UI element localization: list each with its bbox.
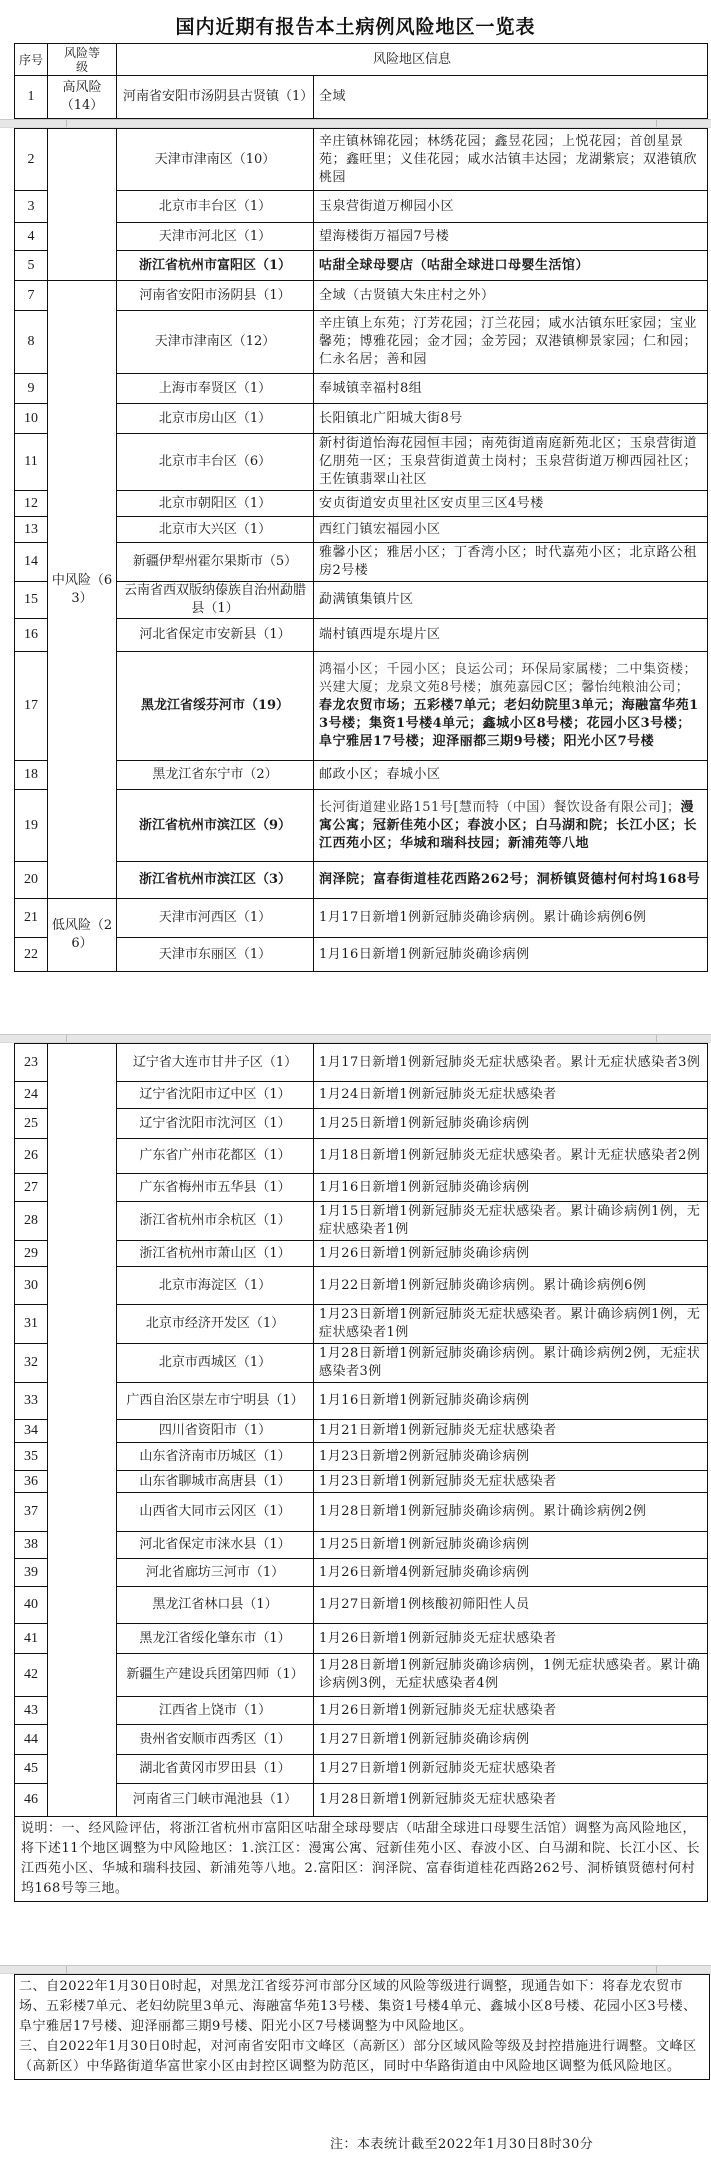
row-seq: 3 — [15, 191, 48, 223]
table-row: 1 高风险（14） 河南省安阳市汤阴县古贤镇（1） 全域 — [15, 76, 708, 119]
row-area: 广东省梅州市五华县（1） — [117, 1174, 314, 1202]
table-row: 36山东省聊城市高唐县（1）1月23日新增1例新冠肺炎无症状感染者 — [15, 1471, 708, 1493]
risk-table-part-3: 23 辽宁省大连市甘井子区（1） 1月17日新增1例新冠肺炎无症状感染者。累计无… — [14, 1043, 708, 1902]
row-area: 天津市津南区（12） — [117, 311, 314, 374]
row-seq: 9 — [15, 374, 48, 404]
table-row: 2 天津市津南区（10） 辛庄镇林锦花园；林绣花园；鑫昱花园；上悦花园；首创星景… — [15, 129, 708, 191]
table-row: 4 天津市河北区（1） 望海楼街万福园7号楼 — [15, 223, 708, 251]
table-row: 25辽宁省沈阳市沈河区（1）1月25日新增1例新冠肺炎确诊病例 — [15, 1109, 708, 1139]
table-row: 8 天津市津南区（12） 辛庄镇上东苑；汀芳花园；汀兰花园；咸水沽镇东旺家园；宝… — [15, 311, 708, 374]
row-info: 1月26日新增1例新冠肺炎无症状感染者 — [314, 1697, 708, 1725]
row-seq: 25 — [15, 1109, 48, 1139]
row-seq: 17 — [15, 652, 48, 761]
row-area: 北京市经济开发区（1） — [117, 1305, 314, 1344]
row-seq: 21 — [15, 899, 48, 938]
row-seq: 42 — [15, 1654, 48, 1697]
note-1: 说明：一、经风险评估，将浙江省杭州市富阳区咕甜全球母婴店（咕甜全球进口母婴生活馆… — [15, 1817, 708, 1902]
row-info: 端村镇西堤东堤片区 — [314, 619, 708, 652]
row-seq: 7 — [15, 281, 48, 311]
row-seq: 4 — [15, 223, 48, 251]
table-row: 12 北京市朝阳区（1） 安贞街道安贞里社区安贞里三区4号楼 — [15, 491, 708, 517]
page-break — [0, 1034, 711, 1043]
notes-row-1: 说明：一、经风险评估，将浙江省杭州市富阳区咕甜全球母婴店（咕甜全球进口母婴生活馆… — [15, 1817, 708, 1902]
row-info: 1月26日新增1例新冠肺炎确诊病例 — [314, 1241, 708, 1267]
table-row: 16 河北省保定市安新县（1） 端村镇西堤东堤片区 — [15, 619, 708, 652]
row-info: 1月25日新增1例新冠肺炎确诊病例 — [314, 1532, 708, 1559]
row-info: 1月23日新增1例新冠肺炎无症状感染者。累计确诊病例1例，无症状感染者1例 — [314, 1305, 708, 1344]
row-seq: 11 — [15, 434, 48, 491]
table-row: 17 黑龙江省绥芬河市（19） 鸿福小区；千园小区；良运公司；环保局家属楼；二中… — [15, 652, 708, 761]
risk-level-low: 低风险（26） — [48, 899, 117, 972]
row-info: 1月26日新增4例新冠肺炎确诊病例 — [314, 1559, 708, 1587]
row-seq: 1 — [15, 76, 48, 119]
row-info: 1月16日新增1例新冠肺炎确诊病例 — [314, 1174, 708, 1202]
row-seq: 13 — [15, 517, 48, 543]
table-row: 15 云南省西双版纳傣族自治州勐腊县（1） 勐满镇集镇片区 — [15, 582, 708, 619]
row-area: 辽宁省沈阳市沈河区（1） — [117, 1109, 314, 1139]
table-row: 13 北京市大兴区（1） 西红门镇宏福园小区 — [15, 517, 708, 543]
table-row: 43江西省上饶市（1）1月26日新增1例新冠肺炎无症状感染者 — [15, 1697, 708, 1725]
table-row: 44贵州省安顺市西秀区（1）1月27日新增1例新冠肺炎确诊病例 — [15, 1725, 708, 1755]
row-area: 湖北省黄冈市罗田县（1） — [117, 1755, 314, 1784]
risk-table-part-2: 2 天津市津南区（10） 辛庄镇林锦花园；林绣花园；鑫昱花园；上悦花园；首创星景… — [14, 128, 708, 972]
row-info: 1月17日新增1例新冠肺炎无症状感染者。累计无症状感染者3例 — [314, 1044, 708, 1082]
row-info: 奉城镇幸福村8组 — [314, 374, 708, 404]
risk-level-high-continued — [48, 129, 117, 281]
row-area: 山西省大同市云冈区（1） — [117, 1493, 314, 1532]
row-info: 1月16日新增1例新冠肺炎确诊病例 — [314, 938, 708, 972]
row-seq: 38 — [15, 1532, 48, 1559]
row-info: 1月28日新增1例新冠肺炎无症状感染者 — [314, 1784, 708, 1817]
row-area: 河北省保定市涞水县（1） — [117, 1532, 314, 1559]
row-info: 1月17日新增1例新冠肺炎确诊病例。累计确诊病例6例 — [314, 899, 708, 938]
row-info: 1月27日新增1例新冠肺炎无症状感染者 — [314, 1755, 708, 1784]
row-seq: 2 — [15, 129, 48, 191]
table-row: 5 浙江省杭州市富阳区（1） 咕甜全球母婴店（咕甜全球进口母婴生活馆） — [15, 251, 708, 281]
row-seq: 34 — [15, 1420, 48, 1443]
row-seq: 8 — [15, 311, 48, 374]
note-3: 三、自2022年1月30日0时起，对河南省安阳市文峰区（高新区）部分区域风险等级… — [19, 2037, 705, 2077]
row-info: 辛庄镇林锦花园；林绣花园；鑫昱花园；上悦花园；首创星景苑；鑫旺里；义佳花园；咸水… — [314, 129, 708, 191]
row-info: 长河街道建业路151号[慧而特（中国）餐饮设备有限公司]；漫寓公寓；冠新佳苑小区… — [314, 790, 708, 862]
note-2: 二、自2022年1月30日0时起，对黑龙江省绥芬河市部分区域的风险等级进行调整，… — [19, 1977, 705, 2037]
row-seq: 46 — [15, 1784, 48, 1817]
row-seq: 26 — [15, 1139, 48, 1174]
row-seq: 44 — [15, 1725, 48, 1755]
row-seq: 22 — [15, 938, 48, 972]
table-row: 14 新疆伊犁州霍尔果斯市（5） 雅馨小区；雅居小区；丁香湾小区；时代嘉苑小区；… — [15, 543, 708, 582]
row-seq: 23 — [15, 1044, 48, 1082]
page-break — [0, 1965, 711, 1974]
row-seq: 5 — [15, 251, 48, 281]
row-area: 江西省上饶市（1） — [117, 1697, 314, 1725]
row-info: 雅馨小区；雅居小区；丁香湾小区；时代嘉苑小区；北京路公租房2号楼 — [314, 543, 708, 582]
row-seq: 24 — [15, 1082, 48, 1109]
row-area: 山东省聊城市高唐县（1） — [117, 1471, 314, 1493]
row-area: 浙江省杭州市萧山区（1） — [117, 1241, 314, 1267]
row-area: 北京市丰台区（1） — [117, 191, 314, 223]
row-area: 新疆伊犁州霍尔果斯市（5） — [117, 543, 314, 582]
row-info: 1月28日新增1例新冠肺炎确诊病例。累计确诊病例2例，无症状感染者3例 — [314, 1344, 708, 1383]
table-row: 29浙江省杭州市萧山区（1）1月26日新增1例新冠肺炎确诊病例 — [15, 1241, 708, 1267]
row-area: 北京市朝阳区（1） — [117, 491, 314, 517]
row-area: 河北省廊坊三河市（1） — [117, 1559, 314, 1587]
row-area: 新疆生产建设兵团第四师（1） — [117, 1654, 314, 1697]
table-header-row: 序号 风险等级 风险地区信息 — [15, 44, 708, 76]
row-info: 1月25日新增1例新冠肺炎确诊病例 — [314, 1109, 708, 1139]
table-row: 10 北京市房山区（1） 长阳镇北广阳城大街8号 — [15, 404, 708, 434]
row-info: 1月26日新增1例新冠肺炎无症状感染者 — [314, 1624, 708, 1654]
row-area: 黑龙江省绥芬河市（19） — [117, 652, 314, 761]
row-info: 咕甜全球母婴店（咕甜全球进口母婴生活馆） — [314, 251, 708, 281]
row-seq: 19 — [15, 790, 48, 862]
table-row: 3 北京市丰台区（1） 玉泉营街道万柳园小区 — [15, 191, 708, 223]
row-info: 全域（古贤镇大朱庄村之外） — [314, 281, 708, 311]
risk-level-low-continued — [48, 1044, 117, 1817]
row-info: 1月27日新增1例核酸初筛阳性人员 — [314, 1587, 708, 1624]
table-block-2: 2 天津市津南区（10） 辛庄镇林锦花园；林绣花园；鑫昱花园；上悦花园；首创星景… — [14, 128, 708, 972]
row-area: 天津市河北区（1） — [117, 223, 314, 251]
row-seq: 31 — [15, 1305, 48, 1344]
row-area: 河南省安阳市汤阴县古贤镇（1） — [117, 76, 314, 119]
row-seq: 16 — [15, 619, 48, 652]
table-row: 28浙江省杭州市余杭区（1）1月15日新增1例新冠肺炎无症状感染者。累计确诊病例… — [15, 1202, 708, 1241]
page-title: 国内近期有报告本土病例风险地区一览表 — [0, 12, 711, 39]
risk-table-part-1: 序号 风险等级 风险地区信息 1 高风险（14） 河南省安阳市汤阴县古贤镇（1）… — [14, 43, 708, 119]
row-seq: 35 — [15, 1443, 48, 1471]
header-info: 风险地区信息 — [117, 44, 708, 76]
row-seq: 41 — [15, 1624, 48, 1654]
table-row: 39河北省廊坊三河市（1）1月26日新增4例新冠肺炎确诊病例 — [15, 1559, 708, 1587]
table-row: 34四川省资阳市（1）1月21日新增1例新冠肺炎无症状感染者 — [15, 1420, 708, 1443]
row-area: 山东省济南市历城区（1） — [117, 1443, 314, 1471]
table-row: 31北京市经济开发区（1）1月23日新增1例新冠肺炎无症状感染者。累计确诊病例1… — [15, 1305, 708, 1344]
row-info: 勐满镇集镇片区 — [314, 582, 708, 619]
row-info: 辛庄镇上东苑；汀芳花园；汀兰花园；咸水沽镇东旺家园；宝业馨苑；博雅花园；金才园；… — [314, 311, 708, 374]
row-seq: 30 — [15, 1267, 48, 1305]
table-row: 24辽宁省沈阳市辽中区（1）1月24日新增1例新冠肺炎无症状感染者 — [15, 1082, 708, 1109]
row-info-bold: 春龙农贸市场；五彩楼7单元；老妇幼院里3单元；海融富华苑13号楼；集资1号楼4单… — [319, 698, 699, 749]
row-info: 邮政小区；春城小区 — [314, 761, 708, 790]
row-area: 辽宁省沈阳市辽中区（1） — [117, 1082, 314, 1109]
risk-level-medium: 中风险（63） — [48, 281, 117, 899]
table-row: 42新疆生产建设兵团第四师（1）1月28日新增1例新冠肺炎确诊病例，1例无症状感… — [15, 1654, 708, 1697]
header-seq: 序号 — [15, 44, 48, 76]
row-area: 北京市海淀区（1） — [117, 1267, 314, 1305]
row-info: 全域 — [314, 76, 708, 119]
table-row: 20 浙江省杭州市滨江区（3） 润泽院；富春街道桂花西路262号；洞桥镇贤德村何… — [15, 862, 708, 899]
risk-level-high: 高风险（14） — [48, 76, 117, 119]
table-row: 38河北省保定市涞水县（1）1月25日新增1例新冠肺炎确诊病例 — [15, 1532, 708, 1559]
row-area: 贵州省安顺市西秀区（1） — [117, 1725, 314, 1755]
row-area: 上海市奉贤区（1） — [117, 374, 314, 404]
row-info: 鸿福小区；千园小区；良运公司；环保局家属楼；二中集资楼；兴建大厦；龙泉文苑8号楼… — [314, 652, 708, 761]
row-area: 北京市丰台区（6） — [117, 434, 314, 491]
row-info: 长阳镇北广阳城大街8号 — [314, 404, 708, 434]
row-area: 天津市津南区（10） — [117, 129, 314, 191]
row-seq: 36 — [15, 1471, 48, 1493]
row-area: 广西自治区崇左市宁明县（1） — [117, 1383, 314, 1420]
table-block-3: 23 辽宁省大连市甘井子区（1） 1月17日新增1例新冠肺炎无症状感染者。累计无… — [14, 1043, 708, 1902]
row-info: 1月23日新增1例新冠肺炎无症状感染者 — [314, 1471, 708, 1493]
row-info: 望海楼街万福园7号楼 — [314, 223, 708, 251]
table-row: 41黑龙江省绥化肇东市（1）1月26日新增1例新冠肺炎无症状感染者 — [15, 1624, 708, 1654]
row-seq: 18 — [15, 761, 48, 790]
table-row: 23 辽宁省大连市甘井子区（1） 1月17日新增1例新冠肺炎无症状感染者。累计无… — [15, 1044, 708, 1082]
row-seq: 15 — [15, 582, 48, 619]
table-row: 37山西省大同市云冈区（1）1月28日新增1例新冠肺炎确诊病例。累计确诊病例2例 — [15, 1493, 708, 1532]
table-row: 35山东省济南市历城区（1）1月23日新增2例新冠肺炎确诊病例 — [15, 1443, 708, 1471]
row-area: 广东省广州市花都区（1） — [117, 1139, 314, 1174]
row-info: 西红门镇宏福园小区 — [314, 517, 708, 543]
notes-box: 二、自2022年1月30日0时起，对黑龙江省绥芬河市部分区域的风险等级进行调整，… — [14, 1974, 710, 2080]
row-info: 1月24日新增1例新冠肺炎无症状感染者 — [314, 1082, 708, 1109]
row-area: 浙江省杭州市富阳区（1） — [117, 251, 314, 281]
row-seq: 32 — [15, 1344, 48, 1383]
row-info: 1月21日新增1例新冠肺炎无症状感染者 — [314, 1420, 708, 1443]
row-info: 1月28日新增1例新冠肺炎确诊病例。累计确诊病例2例 — [314, 1493, 708, 1532]
table-block-1: 序号 风险等级 风险地区信息 1 高风险（14） 河南省安阳市汤阴县古贤镇（1）… — [14, 43, 708, 119]
table-row: 19 浙江省杭州市滨江区（9） 长河街道建业路151号[慧而特（中国）餐饮设备有… — [15, 790, 708, 862]
row-area: 北京市房山区（1） — [117, 404, 314, 434]
row-area: 黑龙江省林口县（1） — [117, 1587, 314, 1624]
table-row: 40黑龙江省林口县（1）1月27日新增1例核酸初筛阳性人员 — [15, 1587, 708, 1624]
row-seq: 20 — [15, 862, 48, 899]
page-break — [0, 119, 711, 128]
row-seq: 10 — [15, 404, 48, 434]
row-info: 1月16日新增1例新冠肺炎确诊病例 — [314, 1383, 708, 1420]
row-seq: 40 — [15, 1587, 48, 1624]
row-info: 1月22日新增1例新冠肺炎确诊病例。累计确诊病例6例 — [314, 1267, 708, 1305]
row-area: 北京市大兴区（1） — [117, 517, 314, 543]
row-area: 天津市东丽区（1） — [117, 938, 314, 972]
table-row: 46河南省三门峡市渑池县（1）1月28日新增1例新冠肺炎无症状感染者 — [15, 1784, 708, 1817]
row-area: 四川省资阳市（1） — [117, 1420, 314, 1443]
row-seq: 37 — [15, 1493, 48, 1532]
row-seq: 43 — [15, 1697, 48, 1725]
row-info: 新村街道怡海花园恒丰园；南苑街道南庭新苑北区；玉泉营街道亿朋苑一区；玉泉营街道黄… — [314, 434, 708, 491]
table-row: 9 上海市奉贤区（1） 奉城镇幸福村8组 — [15, 374, 708, 404]
table-row: 32北京市西城区（1）1月28日新增1例新冠肺炎确诊病例。累计确诊病例2例，无症… — [15, 1344, 708, 1383]
table-row: 11 北京市丰台区（6） 新村街道怡海花园恒丰园；南苑街道南庭新苑北区；玉泉营街… — [15, 434, 708, 491]
row-seq: 12 — [15, 491, 48, 517]
row-info: 1月18日新增1例新冠肺炎无症状感染者。累计无症状感染者2例 — [314, 1139, 708, 1174]
row-info-normal: 长河街道建业路151号[慧而特（中国）餐饮设备有限公司]； — [319, 800, 680, 815]
row-info: 润泽院；富春街道桂花西路262号；洞桥镇贤德村何村坞168号 — [314, 862, 708, 899]
row-seq: 29 — [15, 1241, 48, 1267]
row-area: 浙江省杭州市滨江区（9） — [117, 790, 314, 862]
row-seq: 33 — [15, 1383, 48, 1420]
table-row: 45湖北省黄冈市罗田县（1）1月27日新增1例新冠肺炎无症状感染者 — [15, 1755, 708, 1784]
row-info: 1月28日新增1例新冠肺炎确诊病例，1例无症状感染者。累计确诊病例3例，无症状感… — [314, 1654, 708, 1697]
row-area: 河北省保定市安新县（1） — [117, 619, 314, 652]
row-info: 1月27日新增1例新冠肺炎确诊病例 — [314, 1725, 708, 1755]
row-area: 云南省西双版纳傣族自治州勐腊县（1） — [117, 582, 314, 619]
row-area: 浙江省杭州市余杭区（1） — [117, 1202, 314, 1241]
table-row: 7 中风险（63） 河南省安阳市汤阴县（1） 全域（古贤镇大朱庄村之外） — [15, 281, 708, 311]
table-row: 22 天津市东丽区（1） 1月16日新增1例新冠肺炎确诊病例 — [15, 938, 708, 972]
table-row: 21 低风险（26） 天津市河西区（1） 1月17日新增1例新冠肺炎确诊病例。累… — [15, 899, 708, 938]
row-area: 河南省三门峡市渑池县（1） — [117, 1784, 314, 1817]
row-info: 玉泉营街道万柳园小区 — [314, 191, 708, 223]
row-area: 辽宁省大连市甘井子区（1） — [117, 1044, 314, 1082]
statistics-cutoff-note: 注：本表统计截至2022年1月30日8时30分 — [330, 2133, 593, 2152]
header-level: 风险等级 — [48, 44, 117, 76]
table-row: 26广东省广州市花都区（1）1月18日新增1例新冠肺炎无症状感染者。累计无症状感… — [15, 1139, 708, 1174]
table-row: 18 黑龙江省东宁市（2） 邮政小区；春城小区 — [15, 761, 708, 790]
row-seq: 39 — [15, 1559, 48, 1587]
row-area: 黑龙江省绥化肇东市（1） — [117, 1624, 314, 1654]
table-row: 30北京市海淀区（1）1月22日新增1例新冠肺炎确诊病例。累计确诊病例6例 — [15, 1267, 708, 1305]
row-area: 河南省安阳市汤阴县（1） — [117, 281, 314, 311]
row-seq: 28 — [15, 1202, 48, 1241]
table-row: 27广东省梅州市五华县（1）1月16日新增1例新冠肺炎确诊病例 — [15, 1174, 708, 1202]
row-seq: 45 — [15, 1755, 48, 1784]
row-seq: 27 — [15, 1174, 48, 1202]
row-info: 1月23日新增2例新冠肺炎确诊病例 — [314, 1443, 708, 1471]
row-info-normal: 鸿福小区；千园小区；良运公司；环保局家属楼；二中集资楼；兴建大厦；龙泉文苑8号楼… — [319, 662, 697, 695]
row-area: 天津市河西区（1） — [117, 899, 314, 938]
row-area: 北京市西城区（1） — [117, 1344, 314, 1383]
row-info: 安贞街道安贞里社区安贞里三区4号楼 — [314, 491, 708, 517]
row-area: 黑龙江省东宁市（2） — [117, 761, 314, 790]
row-area: 浙江省杭州市滨江区（3） — [117, 862, 314, 899]
row-seq: 14 — [15, 543, 48, 582]
table-row: 33广西自治区崇左市宁明县（1）1月16日新增1例新冠肺炎确诊病例 — [15, 1383, 708, 1420]
row-info: 1月15日新增1例新冠肺炎无症状感染者。累计确诊病例1例，无症状感染者1例 — [314, 1202, 708, 1241]
